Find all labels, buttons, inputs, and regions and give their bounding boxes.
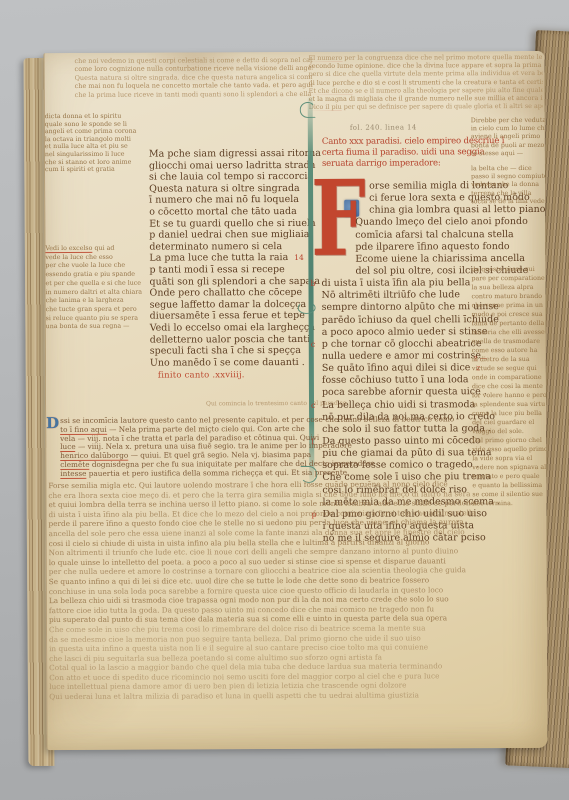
gloss-line: lor volere hanno e pero (472, 391, 546, 400)
gloss-line: passo il segno compiuto (471, 173, 545, 182)
lemma: Vedi lo excelso (45, 245, 92, 253)
top-commentary-right: bEl numero per la congruenza dice che ne… (308, 53, 542, 111)
filigree-curl-icon (298, 302, 316, 314)
commentary-line: Qui uederai luna et laltra milizia di pa… (49, 690, 543, 702)
commentary-line: dDico il piu per qui se definisce per sa… (309, 102, 543, 111)
commentary-line: che noi vedemo in questi corpi celestial… (74, 56, 312, 65)
verse-line: determinato numero si cela (149, 241, 317, 253)
foliation-note: fol. 240. linea 14 (350, 123, 417, 131)
gloss-line: cla belta che — dice (471, 165, 545, 174)
gloss-line: onde in comparatione (472, 373, 546, 382)
open-book: che noi vedemo in questi corpi celestial… (0, 0, 569, 800)
gloss-line: terrena che la villa (471, 190, 545, 199)
gloss-line: Direbbe per che veduta (471, 117, 545, 126)
margin-gloss-left-lower: Vedi lo excelso qui advede la luce che e… (45, 245, 161, 333)
verse-line: p daniel uedrai chen sue migliaia (149, 229, 317, 241)
verse-line: Uno manēdo ī se come dauanti . (150, 357, 318, 369)
gloss-line: te stesse aqui — (471, 150, 545, 159)
margin-gloss-right-1: Direbbe per che vedutain cielo cum lo lu… (471, 117, 545, 158)
gloss-line: in cielo cum lo lume che (471, 125, 545, 134)
gloss-line: quella de trasmodare (472, 337, 546, 346)
lemma: intesse (60, 469, 86, 479)
gloss-line: contro maturo brando (472, 292, 546, 301)
gloss-line: modo e poi cresce sua (472, 310, 546, 319)
gloss-line: dice che cosi la mente (472, 382, 546, 391)
verse-line: Vedi lo eccelso omai ela largheçça (150, 322, 318, 334)
gloss-line: in dietro de la sua (472, 355, 546, 364)
commentary-line: che la prima luce riceve in tanti modi q… (75, 90, 313, 99)
verse-line: si che lauia col tempo si raccorcia (149, 171, 317, 183)
verse-line: Ecome uiene la chiarissima ancella (321, 253, 526, 266)
verse-line: segue laffetto damar la dolceçça (150, 299, 318, 311)
tie-mark-icon: c (311, 399, 316, 411)
verse-line: p tanti modi ī essa si recepe (149, 264, 317, 276)
filigree-curl-icon (300, 102, 316, 118)
line-number: 14 (294, 253, 304, 262)
gloss-line: come esso autore ha (472, 346, 546, 355)
gloss-line: aviene li angeli primo (471, 133, 545, 142)
photo-background: { "colors":{ "background_gray":"#b8babc"… (0, 0, 569, 800)
gloss-line: pare per comparatione (471, 274, 545, 283)
gloss-line: fama de pertanto della (472, 319, 546, 328)
gloss-line: vedesse che la donna (471, 181, 545, 190)
gloss-line: bonta de puoli ar mezo (471, 142, 545, 151)
verse-line: pde ilparere īfino aquesto fondo (321, 241, 526, 254)
commentary-line: Questa natura si oltre singrada. dice ch… (75, 73, 313, 82)
lemma: vela (60, 434, 75, 444)
verse-line: quāti son gli splendori a che sapaia (149, 275, 317, 287)
tie-mark-icon: b (310, 278, 315, 290)
gloss-line: una bonta de sua regna — (46, 323, 162, 332)
lemma: Et che dicono (309, 87, 353, 95)
top-commentary-left: che noi vedemo in questi corpi celestial… (74, 56, 312, 99)
verse-line: Ma pche siam digressi assai ritorna (149, 148, 317, 160)
verse-line: delletterno ualor poscia che tanti (150, 333, 318, 345)
verse-line: Questa natura si oltre singrada (149, 183, 317, 195)
gloss-line: fda questo passo qui (471, 265, 545, 274)
gloss-line: cum li spiriti et gratia (45, 166, 137, 174)
gloss-line: virtude se segue qui (472, 364, 546, 373)
lemma: luce (60, 442, 75, 452)
gloss-line: materia che elli avesse (472, 328, 546, 337)
verse-line: china gia lombra quasi al letto piano (321, 204, 526, 217)
gloss-line: la splendente sua virtu (472, 400, 546, 409)
lemma: henrico dalūborgo (60, 451, 128, 461)
verse-line: speculi facti sha ī che si speçça (150, 345, 318, 357)
explicit-rubric: finito canto .xxviiij. (158, 370, 245, 380)
verse-column-left: Ma pche siam digressi assai ritornaglioc… (149, 148, 318, 369)
gloss-line: che venne prima in un (472, 301, 546, 310)
gloss-line: tocta se de la filia vede (471, 198, 545, 207)
commentary-section-2: Forse semilia migla etc. Qui lautore uol… (48, 479, 543, 702)
verse-line: ī numero che mai nō fu loquela (149, 194, 317, 206)
verse-line: Onde pero challatto che cōcepe (150, 287, 318, 299)
lemma: to ī fino aqui (60, 425, 107, 435)
verse-line: Quando lmeço del cielo anoi pfondo (321, 216, 526, 229)
commentary-section-1: ssi se incomīcia lautore questo canto ne… (48, 415, 542, 479)
manuscript-page: che noi vedemo in questi corpi celestial… (43, 51, 547, 750)
verse-line: comīcia afarsi tal chalcuna stella (321, 229, 526, 242)
verse-line: La pma luce che tutta la raia14 (149, 252, 317, 264)
verse-line: Et se tu guardi quello che si riuela (149, 217, 317, 229)
margin-gloss-right-2: cla belta che — dicepasso il segno compi… (471, 165, 545, 206)
gloss-line: la sua belleza alpra (471, 283, 545, 292)
lemma: El numero (308, 54, 342, 62)
verse-line: gliocchi omai uerso ladritta strada (149, 159, 317, 171)
verse-line: o cōcetto mortal che tāto uada (149, 206, 317, 218)
margin-gloss-left-upper: dicta donna et lo spirituquale sono le s… (45, 113, 137, 174)
verse-line: diuersamēte ī essa ferue et tepe (150, 310, 318, 322)
tie-mark-icon: c (311, 339, 316, 351)
lemma: clemēte (60, 460, 89, 470)
